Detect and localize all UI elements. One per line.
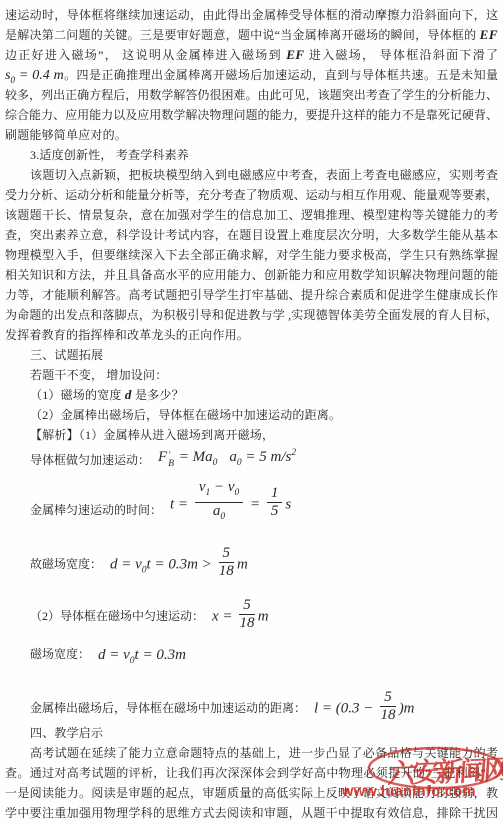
fraction-denominator: 5 bbox=[267, 503, 283, 519]
body-line: 受力分析、运动分析和能量分析等，充分考查了物质观、运动与相互作用观、能量观等要素… bbox=[5, 185, 498, 205]
math-token: t = 0.3m bbox=[135, 647, 186, 663]
document-page: 速运动时，导体框将继续加速运动，由此得出金属棒受导体框的滑动摩擦力沿斜面向下，这… bbox=[0, 0, 503, 827]
body-text: 边正好进入磁场”， 这说明从金属棒进入磁场到 bbox=[5, 48, 286, 62]
fraction-numerator: v1 − v0 bbox=[195, 480, 243, 503]
variable-EF: EF bbox=[480, 27, 498, 42]
fraction-numerator: 5 bbox=[380, 690, 396, 707]
math-subscript: B bbox=[168, 460, 174, 469]
math-unit: s bbox=[285, 497, 291, 513]
body-line: 边正好进入磁场”， 这说明从金属棒进入磁场到 EF 进入磁场， 导体框沿斜面下滑… bbox=[5, 45, 498, 65]
fraction: v1 − v0a0 bbox=[195, 480, 243, 525]
question-2: （2）金属棒出磁场后，导体框在磁场中加速运动的距离。 bbox=[5, 405, 498, 425]
formula-f6: l = (0.3 − 518)m bbox=[314, 690, 415, 723]
body-line: 为命题的出发点和落脚点，为积极引导和促进教与学 ,实现德智体美劳全面发展的育人目… bbox=[5, 305, 498, 325]
formula-f1: F′B = Ma0a0 = 5 m/s2 bbox=[158, 448, 296, 469]
math-subscript: 0 bbox=[213, 458, 218, 468]
math-token: )m bbox=[399, 701, 415, 717]
body-text: 是多少？ bbox=[132, 388, 184, 402]
section-heading-four: 四、教学启示 bbox=[5, 723, 498, 743]
math-token: d = v bbox=[110, 557, 142, 573]
formula-f4: x = 518m bbox=[212, 598, 269, 631]
fraction-denominator: a0 bbox=[195, 503, 243, 525]
formula-label: 金属棒出磁场后，导体框在磁场中加速运动的距离： bbox=[30, 698, 306, 718]
body-line: 查，突出素养立意，科学设计考试内容，在题目设置上难度层次分明，大多数学生能从基本 bbox=[5, 225, 498, 245]
body-line: 力等，才能顺利解答。高考试题把引导学生打牢基础、提升综合素质和促进学生健康成长作 bbox=[5, 285, 498, 305]
formula-row-acceleration: 导体框做匀加速运动： F′B = Ma0a0 = 5 m/s2 bbox=[5, 445, 498, 475]
formula-label: （2）导体框在磁场中匀速运动： bbox=[30, 606, 204, 626]
math-token: = Ma bbox=[175, 449, 213, 465]
math-token: t = bbox=[170, 497, 192, 513]
math-token: − v bbox=[210, 479, 234, 495]
formula-row-field-width: 故磁场宽度： d = v0t = 0.3m > 518m bbox=[5, 525, 498, 579]
math-token: x = bbox=[212, 609, 236, 625]
body-line: 物理模型入手，但要继续深入下去全部正确求解，对学生能力要求极高，学生只有熟练掌握 bbox=[5, 245, 498, 265]
variable-d: d bbox=[125, 387, 132, 402]
body-line: 刷题能够简单应对的。 bbox=[5, 125, 498, 145]
body-line: s0 = 0.4 m。四是正确推理出金属棒离开磁场后加速运动，直到与导体框共速。… bbox=[5, 65, 498, 85]
document-body: 速运动时，导体框将继续加速运动，由此得出金属棒受导体框的滑动摩擦力沿斜面向下，这… bbox=[0, 0, 503, 823]
section-heading-three: 三、试题拓展 bbox=[5, 345, 498, 365]
formula-f5: d = v0t = 0.3m bbox=[98, 647, 186, 666]
formula-f2: t = v1 − v0a0 = 15s bbox=[170, 480, 291, 525]
body-text: 是解决第二问题的关键。三是要审好题意，题中说“当金属棒离开磁场的瞬间，导体框的 bbox=[5, 28, 480, 42]
formula-label: 导体框做匀加速运动： bbox=[30, 450, 150, 470]
math-superscript: 2 bbox=[291, 448, 296, 458]
body-line: 高考试题在延续了能力立意命题特点的基础上，进一步凸显了必备品格与关键能力的考 bbox=[5, 743, 498, 763]
fraction-denominator: 18 bbox=[239, 615, 255, 631]
math-token: = 5 m/s bbox=[242, 449, 292, 465]
fraction-denominator: 18 bbox=[380, 707, 396, 723]
body-line: 查。通过对高考试题的评析，让我们再次深深体会到学好高中物理必须提升的“三把利剑”… bbox=[5, 763, 498, 783]
math-token: d = v bbox=[98, 647, 130, 663]
body-line: 速运动时，导体框将继续加速运动，由此得出金属棒受导体框的滑动摩擦力沿斜面向下，这 bbox=[5, 5, 498, 25]
fraction-denominator: 18 bbox=[219, 563, 235, 579]
math-token: = bbox=[246, 497, 264, 513]
math-token: t = 0.3m > bbox=[147, 557, 216, 573]
formula-row-accel-distance: 金属棒出磁场后，导体框在磁场中加速运动的距离： l = (0.3 − 518)m bbox=[5, 669, 498, 723]
body-line: 该题题干长、情景复杂，意在加强对学生的信息加工、逻辑推理、模型建构等关键能力的考 bbox=[5, 205, 498, 225]
body-line: 一是阅读能力。阅读是审题的起点，审题质量的高低实际上反映了语文阅读能力的强弱，教 bbox=[5, 783, 498, 803]
fraction: 518 bbox=[380, 690, 396, 723]
body-line: 该题切入点新颖，把板块模型纳入到电磁感应中考查，表面上考查电磁感应，实则考查 bbox=[5, 165, 498, 185]
body-line: 学中要注重加强用物理学科的思维方式去阅读和审题，从题干中提取有效信息，排除干扰因 bbox=[5, 803, 498, 823]
formula-label: 金属棒匀速运动的时间： bbox=[30, 500, 162, 520]
math-unit: m bbox=[258, 609, 269, 625]
fraction: 15 bbox=[267, 486, 283, 519]
math-subscript: 0 bbox=[235, 488, 240, 498]
formula-row-time: 金属棒匀速运动的时间： t = v1 − v0a0 = 15s bbox=[5, 475, 498, 525]
formula-label: 磁场宽度： bbox=[30, 644, 90, 664]
math-token: l = (0.3 − bbox=[314, 701, 377, 717]
math-token: F bbox=[158, 449, 167, 465]
variable-EF: EF bbox=[286, 47, 304, 62]
fraction-numerator: 5 bbox=[239, 598, 255, 615]
question-1: （1）磁场的宽度 d 是多少？ bbox=[5, 385, 498, 405]
body-line: 是解决第二问题的关键。三是要审好题意，题中说“当金属棒离开磁场的瞬间，导体框的 … bbox=[5, 25, 498, 45]
body-line: 较多，列出正确方程后，用数学解答仍很困难。由此可见，该题突出考查了学生的分析能力… bbox=[5, 85, 498, 105]
fraction: 518 bbox=[219, 546, 235, 579]
formula-row-uniform-distance: （2）导体框在磁场中匀速运动： x = 518m bbox=[5, 579, 498, 631]
body-line: 发挥着教育的指挥棒和改革龙头的正向作用。 bbox=[5, 325, 498, 345]
body-line: 若题干不变， 增加设问： bbox=[5, 365, 498, 385]
formula-row-field-width-2: 磁场宽度： d = v0t = 0.3m bbox=[5, 631, 498, 669]
section-heading-3: 3.适度创新性， 考查学科素养 bbox=[5, 145, 498, 165]
body-text: 。四是正确推理出金属棒离开磁场后加速运动，直到与导体框共速。五是未知量 bbox=[64, 68, 498, 82]
math-token: a bbox=[229, 449, 237, 465]
fraction-numerator: 5 bbox=[219, 546, 235, 563]
formula-f3: d = v0t = 0.3m > 518m bbox=[110, 546, 248, 579]
inline-formula-s0: s0 = 0.4 m bbox=[5, 68, 64, 83]
body-line: 综合能力、应用能力以及应用数学解决物理问题的能力，要提升这样的能力不是靠死记硬背… bbox=[5, 105, 498, 125]
formula-label: 故磁场宽度： bbox=[30, 554, 102, 574]
math-unit: m bbox=[237, 557, 248, 573]
body-line: 相关知识和方法，并且具备高水平的应用能力、创新能力和应用数学知识解决物理问题的能 bbox=[5, 265, 498, 285]
math-token: = 0.4 m bbox=[15, 68, 64, 83]
analysis-intro: 【解析】（1）金属棒从进入磁场到离开磁场， bbox=[5, 425, 498, 445]
fraction: 518 bbox=[239, 598, 255, 631]
math-subscript: 0 bbox=[220, 512, 225, 522]
sup-sub-stack: ′B bbox=[168, 452, 174, 469]
body-text: （1）磁场的宽度 bbox=[30, 388, 125, 402]
body-text: 进入磁场， 导体框沿斜面下滑了 bbox=[305, 48, 498, 62]
fraction-numerator: 1 bbox=[267, 486, 283, 503]
